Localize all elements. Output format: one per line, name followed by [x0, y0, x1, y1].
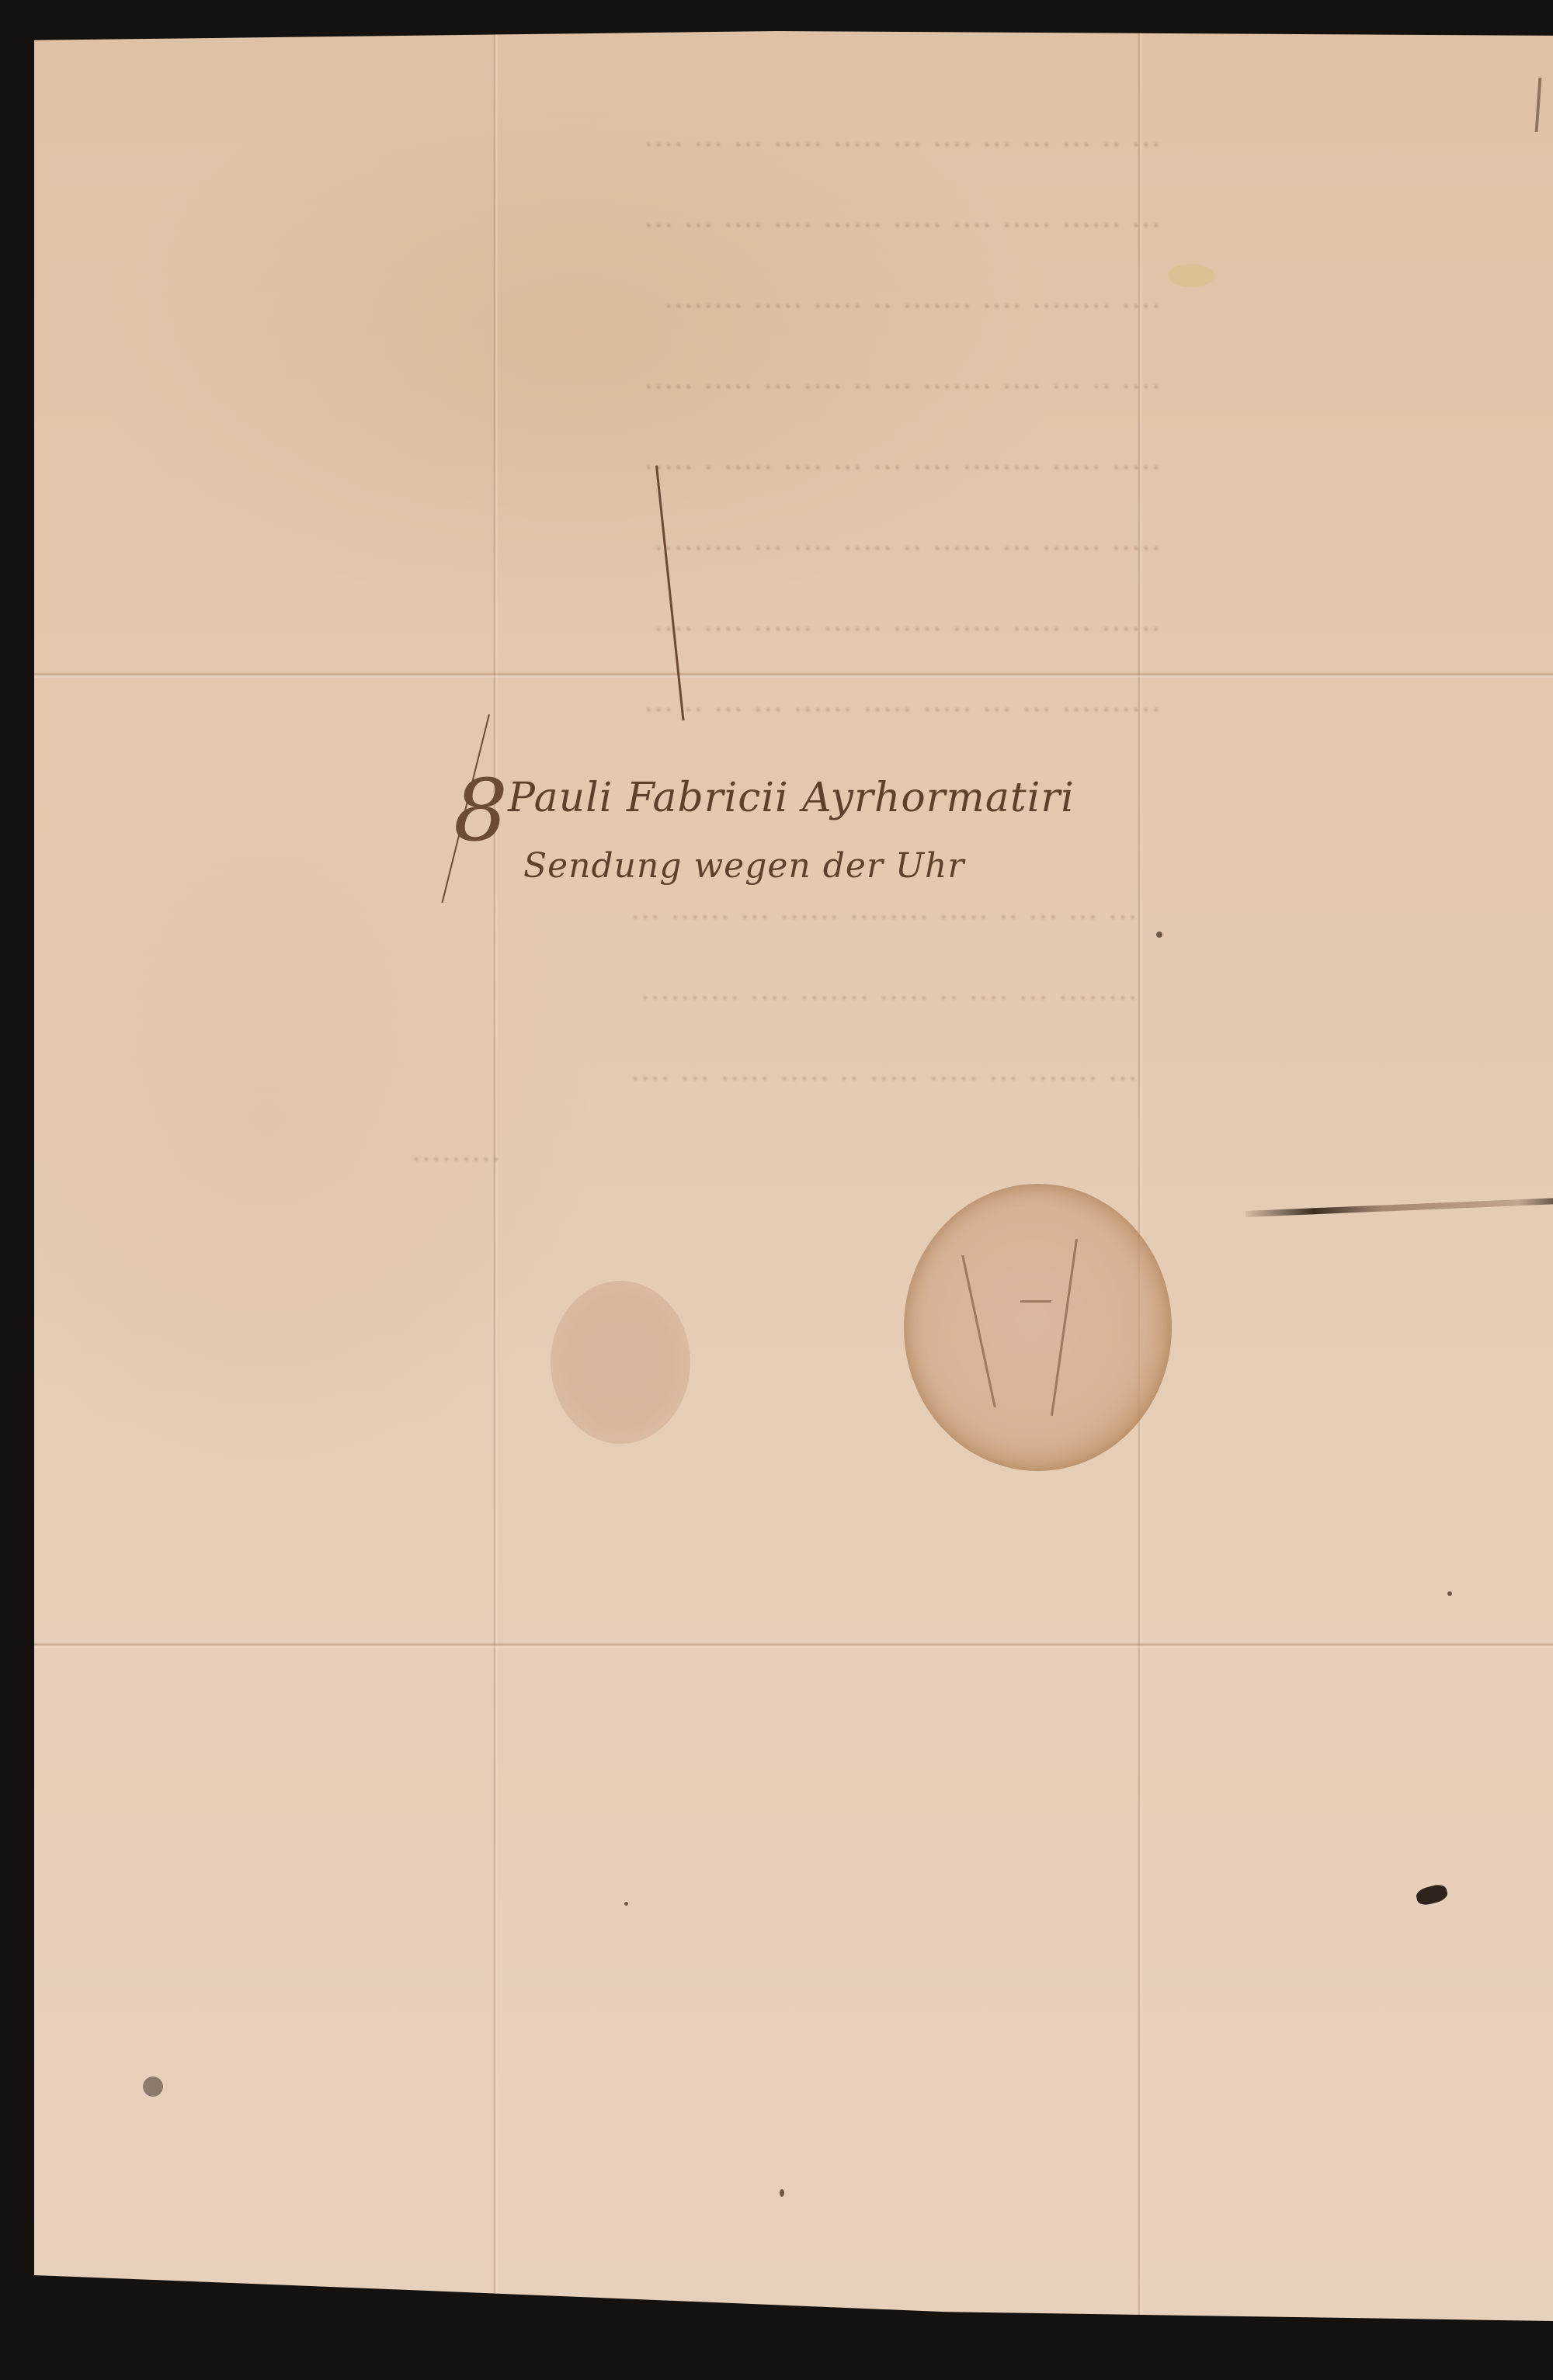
bleed-line: ··· ······ ····· ···· ····· ······ ···· … — [151, 186, 1160, 266]
stain-spot — [780, 2189, 784, 2197]
paper-tear — [1246, 1197, 1553, 1217]
stain-spot — [624, 1902, 628, 1906]
bleed-line: ··· ······· ··· ····· ····· ·· ····· ···… — [166, 1039, 1137, 1119]
stain-spot — [1156, 932, 1162, 938]
stain-spot — [143, 2076, 163, 2097]
bleed-line: ········ ··· ···· ·· ····· ······· ···· … — [166, 958, 1137, 1039]
bleed-line: ······ ·· ····· ····· ····· ······ ·····… — [151, 589, 1160, 670]
bleed-line: ···· ·· ··· ···· ······· ··· ·· ···· ···… — [151, 347, 1160, 428]
bleed-line: ····· ······ ··· ······ ·· ····· ···· ··… — [151, 508, 1160, 589]
small-seal-impression — [551, 1281, 690, 1444]
large-wax-seal — [904, 1184, 1172, 1471]
bleed-line: ···· ········ ···· ······· ·· ····· ····… — [151, 266, 1160, 347]
horizontal-fold-lower — [34, 1643, 1553, 1649]
edge-mark — [1535, 78, 1542, 132]
bleed-line: ··· ·· ··· ··· ··· ···· ··· ····· ····· … — [151, 105, 1160, 186]
stain-spot — [1447, 1591, 1452, 1596]
manuscript-sheet: ··· ·· ··· ··· ··· ···· ··· ····· ····· … — [34, 31, 1553, 2321]
docket-annotation: 8 Pauli Fabricii Ayrhormatiri Sendung we… — [453, 737, 1044, 916]
bleed-through-text-lower: ··· ··· ··· ·· ····· ········ ······ ···… — [166, 877, 1137, 1200]
ink-blot — [1415, 1882, 1449, 1907]
bleed-through-text-upper: ··· ·· ··· ··· ··· ···· ··· ····· ····· … — [151, 105, 1160, 751]
yellow-stain — [1168, 264, 1214, 287]
annotation-number: 8 — [453, 761, 508, 860]
annotation-line-2: Sendung wegen der Uhr — [523, 846, 964, 886]
bleed-line: ········· — [166, 1119, 1137, 1200]
annotation-line-1: Pauli Fabricii Ayrhormatiri — [508, 775, 1075, 821]
